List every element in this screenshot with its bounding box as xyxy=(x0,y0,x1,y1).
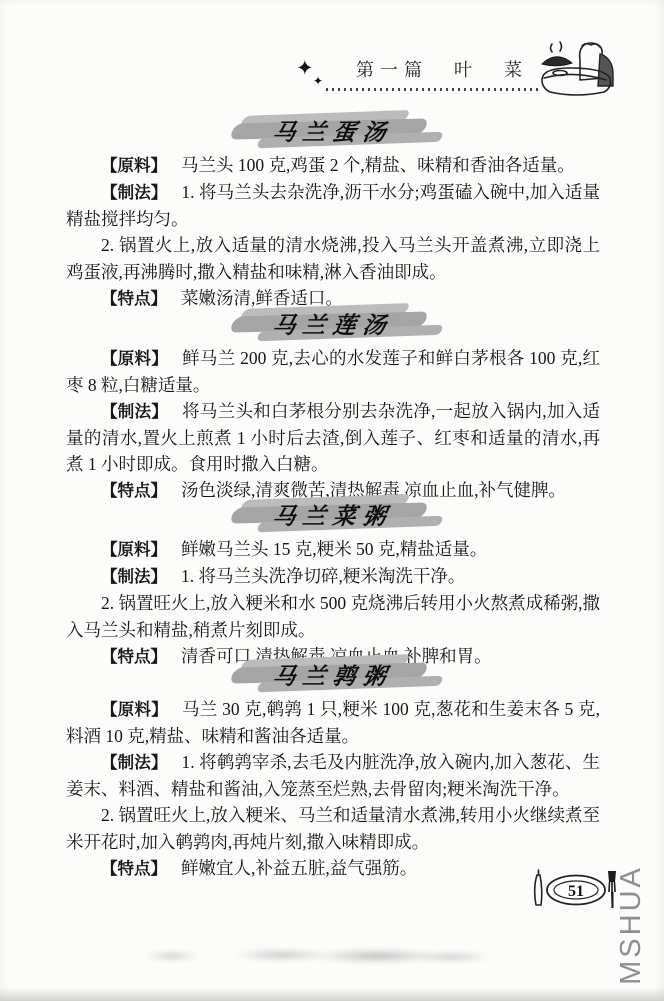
method-paragraph: 2. 锅置火上,放入适量的清水烧沸,投入马兰头开盖煮沸,立即浇上鸡蛋液,再沸腾时… xyxy=(66,232,600,285)
book-page: ✦ ✦ 第一篇 叶 菜 xyxy=(0,0,664,1001)
ingredients-text: 马兰头 100 克,鸡蛋 2 个,精盐、味精和香油各适量。 xyxy=(181,155,575,175)
ingredients-label: 【原料】 xyxy=(101,350,168,368)
method-label: 【制法】 xyxy=(101,403,168,421)
method-paragraph: 【制法】1. 将马兰头去杂洗净,沥干水分;鸡蛋磕入碗中,加入适量精盐搅拌均匀。 xyxy=(66,179,600,232)
ingredients-label: 【原料】 xyxy=(101,701,168,719)
ingredients-label: 【原料】 xyxy=(101,541,167,559)
recipe-section: 马兰菜粥 【原料】鲜嫩马兰头 15 克,粳米 50 克,精盐适量。 【制法】1.… xyxy=(66,494,600,670)
ingredients-label: 【原料】 xyxy=(101,157,167,175)
ingredients-paragraph: 【原料】鲜嫩马兰头 15 克,粳米 50 克,精盐适量。 xyxy=(66,536,600,563)
method-label: 【制法】 xyxy=(101,184,167,202)
method-label: 【制法】 xyxy=(101,568,167,586)
method-step: 2. 锅置旺火上,放入粳米、马兰和适量清水煮沸,转用小火继续煮至米开花时,加入鹌… xyxy=(66,805,600,852)
page-bottom-edge xyxy=(0,987,664,1001)
recipe-title-banner: 马兰蛋汤 xyxy=(232,110,434,148)
page-number-plate: 51 xyxy=(528,868,620,919)
features-label: 【特点】 xyxy=(101,860,167,878)
section-char-1: 叶 xyxy=(454,56,478,82)
recipe-title-banner: 马兰菜粥 xyxy=(232,494,434,532)
method-paragraph: 2. 锅置旺火上,放入粳米和水 500 克烧沸后转用小火熬煮成稀粥,撒入马兰头和… xyxy=(66,590,600,643)
sparkle-star-icon: ✦ xyxy=(296,56,314,81)
recipe-section: 马兰鹑粥 【原料】马兰 30 克,鹌鹑 1 只,粳米 100 克,葱花和生姜末各… xyxy=(66,654,600,882)
method-paragraph: 【制法】将马兰头和白茅根分别去杂洗净,一起放入锅内,加入适量的清水,置火上煎煮 … xyxy=(66,398,600,477)
method-step: 2. 锅置旺火上,放入粳米和水 500 克烧沸后转用小火熬煮成稀粥,撒入马兰头和… xyxy=(66,593,600,640)
section-char-2: 菜 xyxy=(504,56,528,82)
method-step: 2. 锅置火上,放入适量的清水烧沸,投入马兰头开盖煮沸,立即浇上鸡蛋液,再沸腾时… xyxy=(66,235,600,282)
recipe-section: 马兰莲汤 【原料】鲜马兰 200 克,去心的水发莲子和鲜白茅根各 100 克,红… xyxy=(66,303,600,504)
recipe-title: 马兰蛋汤 xyxy=(230,114,437,147)
ingredients-paragraph: 【原料】鲜马兰 200 克,去心的水发莲子和鲜白茅根各 100 克,红枣 8 粒… xyxy=(66,345,600,398)
chapter-label: 第一篇 xyxy=(356,56,428,82)
ingredients-paragraph: 【原料】马兰头 100 克,鸡蛋 2 个,精盐、味精和香油各适量。 xyxy=(66,152,600,179)
recipe-title-banner: 马兰莲汤 xyxy=(232,303,434,341)
method-paragraph: 【制法】1. 将鹌鹑宰杀,去毛及内脏洗净,放入碗内,加入葱花、生姜末、料酒、精盐… xyxy=(66,749,600,802)
method-step: 1. 将马兰头洗净切碎,粳米淘洗干净。 xyxy=(181,566,465,586)
method-paragraph: 2. 锅置旺火上,放入粳米、马兰和适量清水煮沸,转用小火继续煮至米开花时,加入鹌… xyxy=(66,802,600,855)
recipe-section: 马兰蛋汤 【原料】马兰头 100 克,鸡蛋 2 个,精盐、味精和香油各适量。 【… xyxy=(66,110,600,312)
recipe-title: 马兰鹑粥 xyxy=(230,658,437,691)
chef-dish-icon xyxy=(534,40,620,105)
ingredients-text: 鲜嫩马兰头 15 克,粳米 50 克,精盐适量。 xyxy=(181,539,487,559)
recipe-title-banner: 马兰鹑粥 xyxy=(232,654,434,692)
sparkle-star-small-icon: ✦ xyxy=(313,74,323,89)
method-label: 【制法】 xyxy=(101,754,167,772)
page-header: ✦ ✦ 第一篇 叶 菜 xyxy=(0,0,664,100)
features-paragraph: 【特点】鲜嫩宜人,补益五脏,益气强筋。 xyxy=(66,855,600,882)
recipe-title: 马兰菜粥 xyxy=(230,498,437,531)
method-paragraph: 【制法】1. 将马兰头洗净切碎,粳米淘洗干净。 xyxy=(66,563,600,590)
scan-smudge xyxy=(112,946,492,966)
features-text: 鲜嫩宜人,补益五脏,益气强筋。 xyxy=(181,858,417,878)
ingredients-paragraph: 【原料】马兰 30 克,鹌鹑 1 只,粳米 100 克,葱花和生姜末各 5 克,… xyxy=(66,696,600,749)
page-number: 51 xyxy=(568,883,584,900)
dotted-rule xyxy=(326,88,538,91)
watermark: MSHUA xyxy=(612,850,650,1000)
recipe-title: 马兰莲汤 xyxy=(230,307,437,340)
chapter-title: 第一篇 叶 菜 xyxy=(356,56,546,82)
knife-icon xyxy=(535,870,542,905)
